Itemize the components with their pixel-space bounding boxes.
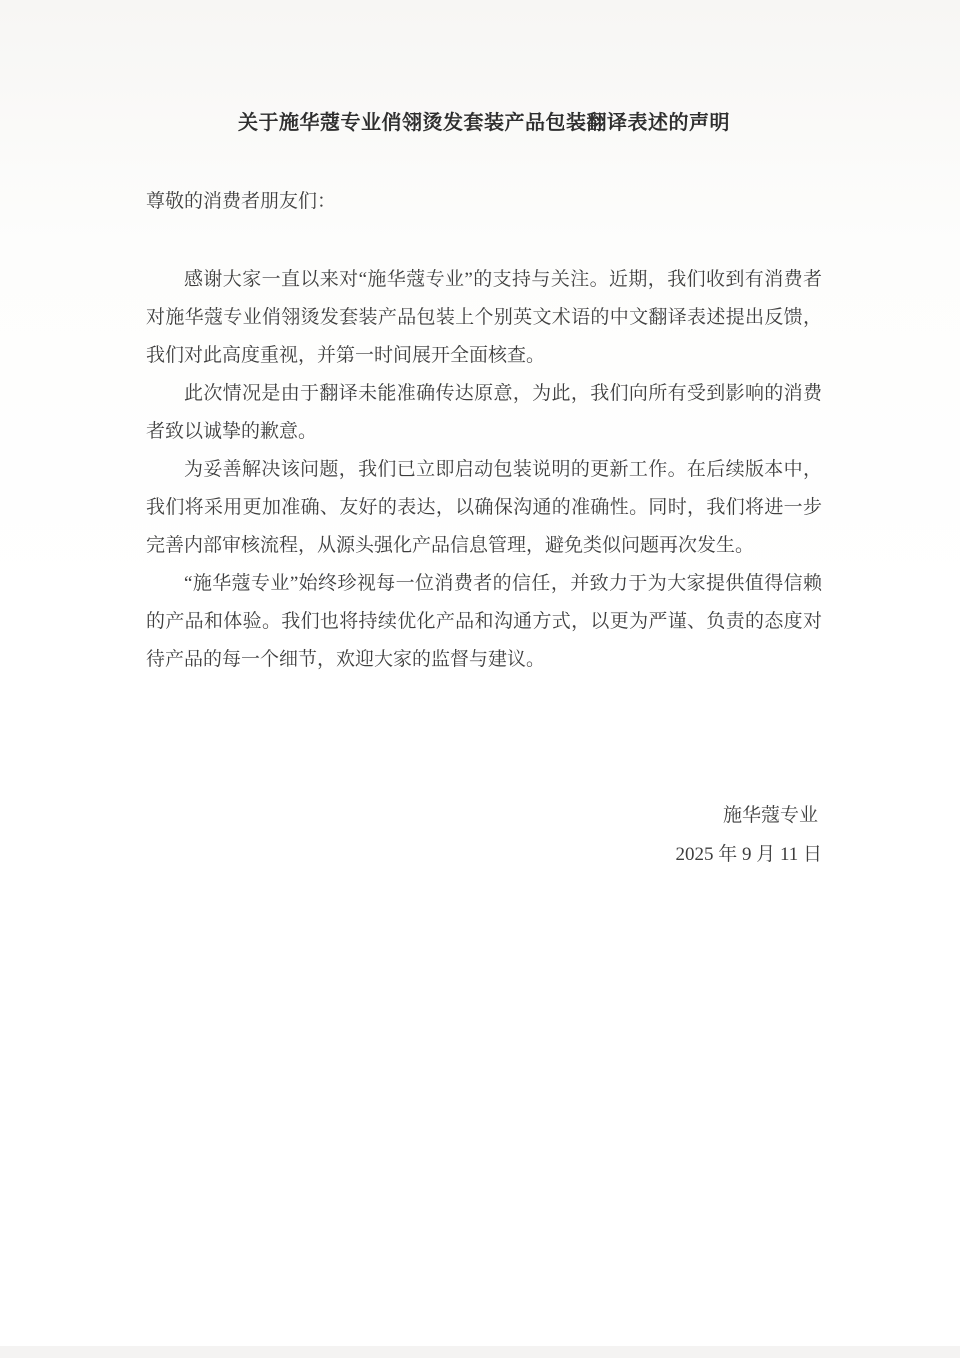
statement-document-page: 关于施华蔻专业俏翎烫发套装产品包装翻译表述的声明 尊敬的消费者朋友们： 感谢大家…: [0, 0, 960, 1358]
paragraph-corrective-actions: 为妥善解决该问题，我们已立即启动包装说明的更新工作。在后续版本中，我们将采用更加…: [146, 451, 822, 565]
salutation: 尊敬的消费者朋友们：: [146, 183, 822, 221]
signature-block: 施华蔻专业 2025 年 9 月 11 日: [146, 797, 822, 875]
paragraph-thanks-and-feedback: 感谢大家一直以来对“施华蔻专业”的支持与关注。近期，我们收到有消费者对施华蔻专业…: [146, 261, 822, 375]
paragraph-commitment: “施华蔻专业”始终珍视每一位消费者的信任，并致力于为大家提供值得信赖的产品和体验…: [146, 565, 822, 679]
page-bottom-edge: [0, 1346, 960, 1358]
signature-date: 2025 年 9 月 11 日: [146, 835, 822, 875]
document-title: 关于施华蔻专业俏翎烫发套装产品包装翻译表述的声明: [146, 108, 822, 138]
paragraph-apology: 此次情况是由于翻译未能准确传达原意，为此，我们向所有受到影响的消费者致以诚挚的歉…: [146, 375, 822, 451]
signature-name: 施华蔻专业: [146, 797, 822, 835]
